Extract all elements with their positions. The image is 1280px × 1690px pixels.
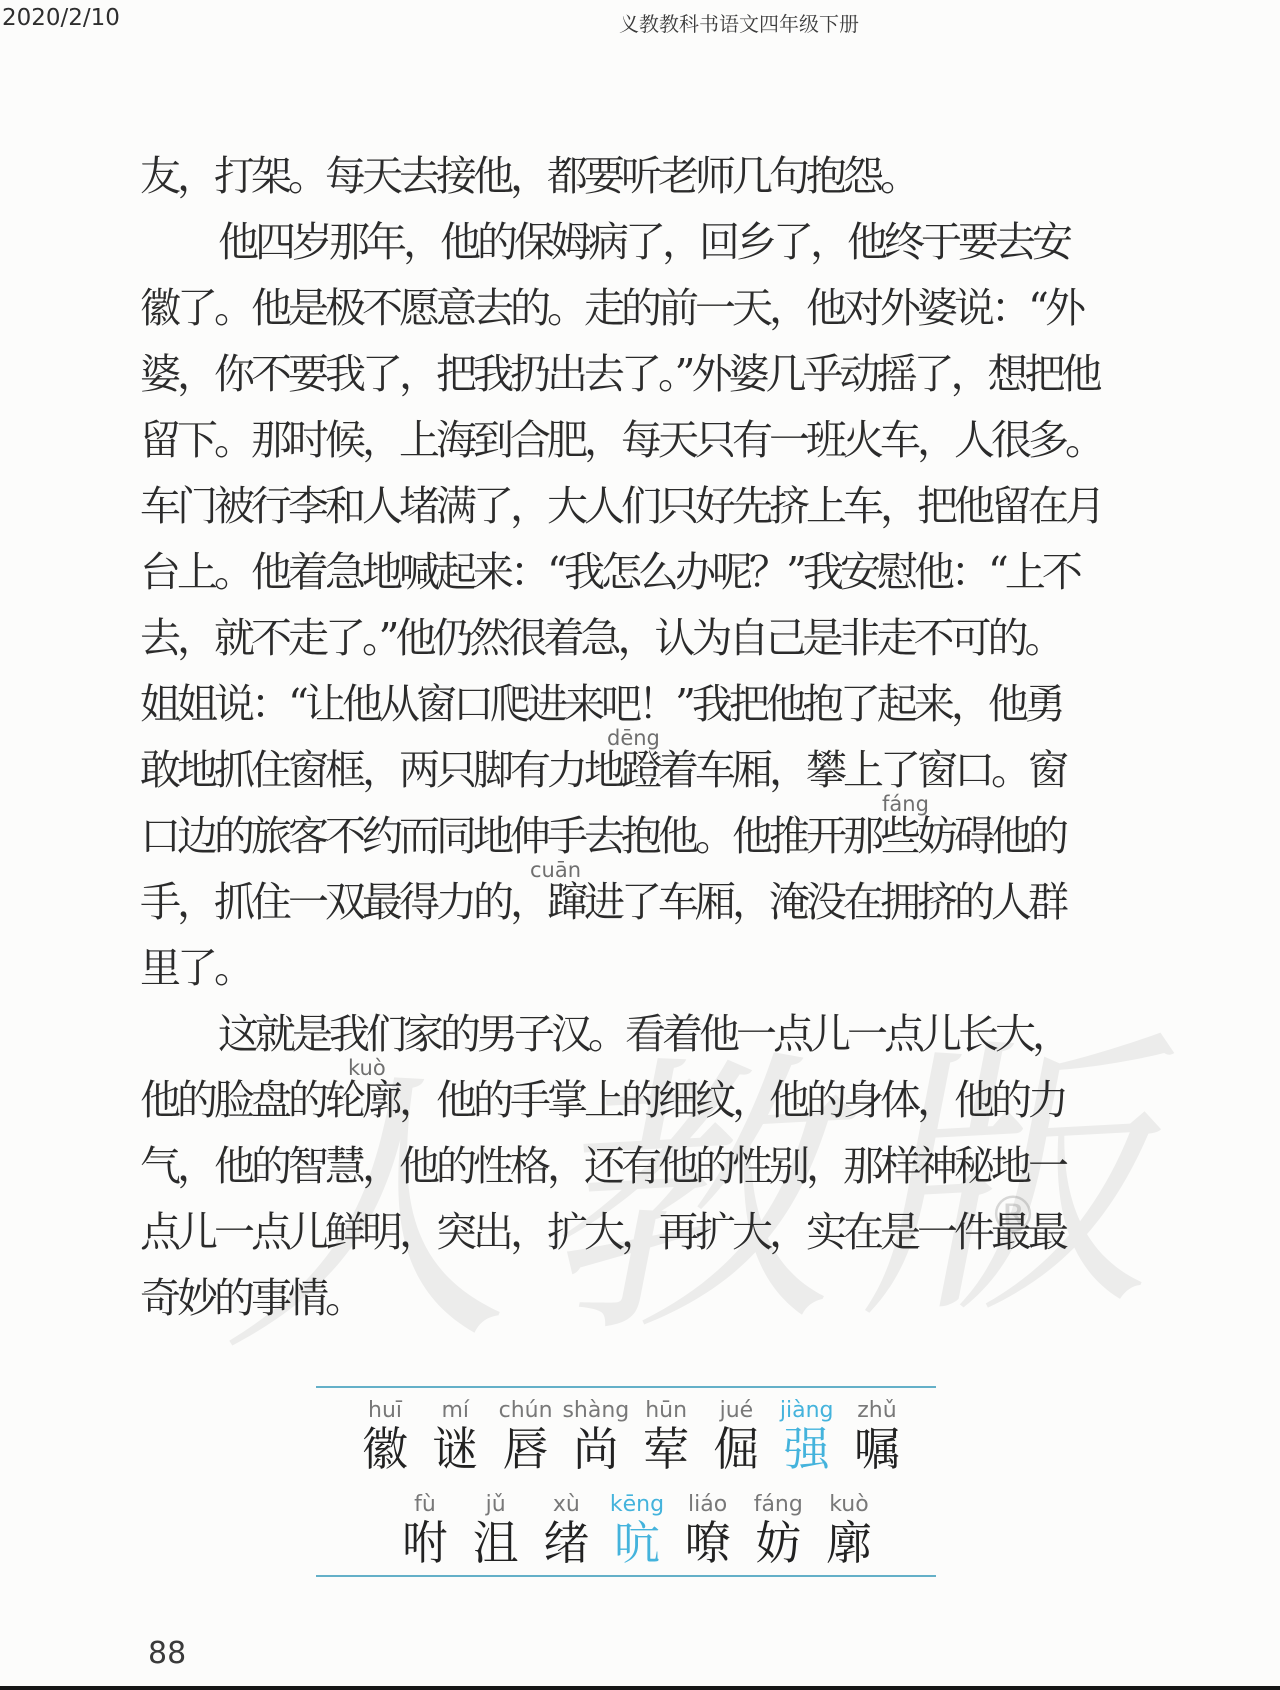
vocab-character: 强 — [784, 1424, 830, 1474]
vocab-box-top-rule — [316, 1386, 936, 1388]
body-text-line: 手，抓住一双最得力的，蹿进了车厢，淹没在拥挤的人群 — [140, 869, 1100, 935]
vocab-pinyin: kuò — [829, 1492, 868, 1518]
vocab-item: zhǔ 嘱 — [852, 1398, 902, 1474]
body-text-line: 留下。那时候，上海到合肥，每天只有一班火车，人很多。 — [140, 407, 1100, 473]
header-date: 2020/2/10 — [2, 5, 120, 31]
vocab-character: 绪 — [543, 1518, 589, 1568]
body-text-line: 友，打架。每天去接他，都要听老师几句抱怨。 — [140, 143, 1100, 209]
vocab-character: 谜 — [432, 1424, 478, 1474]
vocab-pinyin: jiàng — [780, 1398, 834, 1424]
pinyin-annotation: kuò — [348, 1056, 386, 1080]
vocab-pinyin: fù — [414, 1492, 436, 1518]
body-text-line: 台上。他着急地喊起来：“我怎么办呢？”我安慰他：“上不 — [140, 539, 1100, 605]
vocab-pinyin: jué — [720, 1398, 754, 1424]
vocab-pinyin: chún — [499, 1398, 553, 1424]
pinyin-annotation: fáng — [882, 792, 929, 816]
vocab-item: kēng 吭 — [612, 1492, 662, 1568]
vocab-character: 嘱 — [854, 1424, 900, 1474]
vocab-character: 尚 — [573, 1424, 619, 1474]
vocab-pinyin: huī — [368, 1398, 402, 1424]
body-text-line: 婆，你不要我了，把我扔出去了。”外婆几乎动摇了，想把他 — [140, 341, 1100, 407]
vocab-pinyin: liáo — [688, 1492, 727, 1518]
pinyin-annotation: dēng — [607, 726, 660, 750]
body-text-line: 徽了。他是极不愿意去的。走的前一天，他对外婆说：“外 — [140, 275, 1100, 341]
vocab-pinyin: zhǔ — [857, 1398, 896, 1424]
body-text-line: 他的脸盘的轮廓，他的手掌上的细纹，他的身体，他的力 — [140, 1067, 1100, 1133]
vocab-item: huī 徽 — [360, 1398, 410, 1474]
body-text-line: 车门被行李和人堵满了，大人们只好先挤上车，把他留在月 — [140, 473, 1100, 539]
vocab-pinyin: fáng — [754, 1492, 803, 1518]
header-title: 义教教科书语文四年级下册 — [614, 8, 864, 37]
vocab-item: xù 绪 — [541, 1492, 591, 1568]
body-text-line: 他四岁那年，他的保姆病了，回乡了，他终于要去安 — [140, 209, 1100, 275]
vocab-item: liáo 嘹 — [683, 1492, 733, 1568]
vocab-character: 妨 — [755, 1518, 801, 1568]
vocab-pinyin: shàng — [562, 1398, 629, 1424]
vocab-row-1: huī 徽 mí 谜 chún 唇 shàng 尚 hūn 荤 jué 倔 ji… — [360, 1398, 902, 1474]
vocab-item: shàng 尚 — [571, 1398, 621, 1474]
body-text-line: 气，他的智慧，他的性格，还有他的性别，那样神秘地一 — [140, 1133, 1100, 1199]
body-text-line: 去，就不走了。”他仍然很着急，认为自己是非走不可的。 — [140, 605, 1100, 671]
bottom-border — [0, 1686, 1280, 1690]
vocab-item: jiàng 强 — [782, 1398, 832, 1474]
vocab-item: jǔ 沮 — [471, 1492, 521, 1568]
vocab-item: mí 谜 — [430, 1398, 480, 1474]
vocab-character: 沮 — [473, 1518, 519, 1568]
textbook-page: 2020/2/10 义教教科书语文四年级下册 人教版 ® 友，打架。每天去接他，… — [0, 0, 1280, 1690]
vocab-character: 徽 — [362, 1424, 408, 1474]
vocab-pinyin: kēng — [610, 1492, 664, 1518]
vocab-pinyin: jǔ — [486, 1492, 506, 1518]
vocab-pinyin: mí — [442, 1398, 470, 1424]
body-text-line: 这就是我们家的男子汉。看着他一点儿一点儿长大， — [140, 1001, 1100, 1067]
vocab-character: 荤 — [643, 1424, 689, 1474]
vocab-item: fù 咐 — [400, 1492, 450, 1568]
vocab-character: 唇 — [503, 1424, 549, 1474]
vocab-item: fáng 妨 — [753, 1492, 803, 1568]
page-number: 88 — [148, 1636, 186, 1671]
vocab-item: hūn 荤 — [641, 1398, 691, 1474]
body-text-line: 奇妙的事情。 — [140, 1265, 1100, 1331]
vocab-character: 吭 — [614, 1518, 660, 1568]
vocab-pinyin: xù — [553, 1492, 580, 1518]
vocab-character: 倔 — [713, 1424, 759, 1474]
vocab-item: chún 唇 — [501, 1398, 551, 1474]
vocab-pinyin: hūn — [645, 1398, 687, 1424]
vocab-character: 廓 — [826, 1518, 872, 1568]
vocab-row-2: fù 咐 jǔ 沮 xù 绪 kēng 吭 liáo 嘹 fáng 妨 kuò … — [400, 1492, 874, 1568]
body-text-line: 点儿一点儿鲜明，突出，扩大，再扩大，实在是一件最最 — [140, 1199, 1100, 1265]
vocab-item: kuò 廓 — [824, 1492, 874, 1568]
vocab-box-bottom-rule — [316, 1575, 936, 1577]
pinyin-annotation: cuān — [530, 858, 581, 882]
body-text-line: 口边的旅客不约而同地伸手去抱他。他推开那些妨碍他的 — [140, 803, 1100, 869]
vocab-item: jué 倔 — [711, 1398, 761, 1474]
vocab-character: 咐 — [402, 1518, 448, 1568]
vocab-character: 嘹 — [685, 1518, 731, 1568]
body-text-line: 里了。 — [140, 935, 1100, 1001]
